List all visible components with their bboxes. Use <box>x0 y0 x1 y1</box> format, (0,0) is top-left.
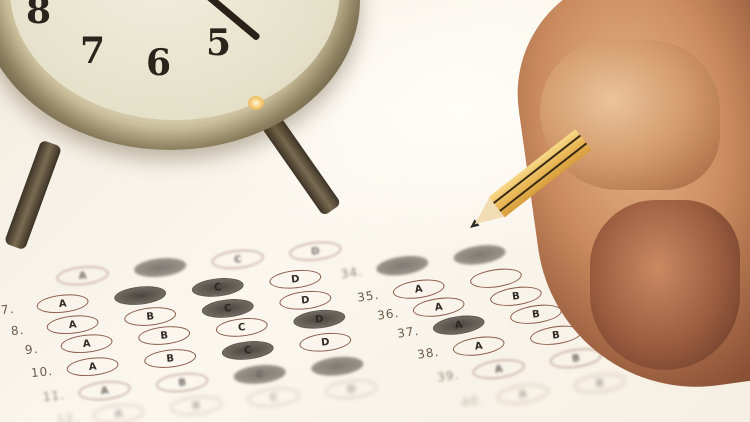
answer-bubble-filled: D <box>293 308 347 331</box>
answer-bubble: B <box>573 371 627 396</box>
clock-glint <box>248 96 264 110</box>
answer-bubble: D <box>289 240 343 263</box>
answer-bubble: A <box>92 402 146 422</box>
answer-bubble: A <box>472 357 526 382</box>
answer-bubble: D <box>325 378 379 401</box>
answer-bubble: B <box>143 347 197 370</box>
answer-bubble: A <box>452 334 506 359</box>
answer-bubble: C <box>247 386 301 409</box>
answer-bubble-filled: C <box>233 363 287 386</box>
answer-bubble: A <box>46 313 100 336</box>
answer-bubble: A <box>66 355 120 378</box>
answer-bubble-filled: A <box>432 313 486 338</box>
answer-bubble: A <box>496 382 550 407</box>
answer-bubble <box>133 256 187 279</box>
answer-bubble: B <box>169 394 223 417</box>
answer-bubble-filled: C <box>191 276 245 299</box>
answer-bubble-filled: C <box>201 297 255 320</box>
clock-numeral: 5 <box>206 22 231 64</box>
clock-leg-left <box>4 140 62 251</box>
answer-bubble: C <box>215 316 269 339</box>
clock-numeral: 8 <box>26 0 51 32</box>
answer-bubble: A <box>60 332 114 355</box>
answer-bubble-filled <box>311 355 365 378</box>
answer-bubble: A <box>56 264 110 287</box>
answer-bubble-filled <box>375 253 429 278</box>
answer-bubble: B <box>155 371 209 394</box>
answer-bubble-filled: C <box>221 339 275 362</box>
hand-finger <box>590 200 740 370</box>
answer-bubble: D <box>299 331 353 354</box>
photo-scene: 8 7 6 5 A C D 7. A C D 8. A B C D 9. A B… <box>0 0 750 422</box>
answer-bubble: A <box>36 292 90 315</box>
answer-bubble: D <box>269 268 323 291</box>
clock-numeral: 7 <box>80 30 105 72</box>
answer-bubble: B <box>509 302 563 327</box>
answer-bubble: B <box>137 324 191 347</box>
clock-numeral: 6 <box>146 42 171 84</box>
answer-bubble: A <box>78 379 132 402</box>
answer-bubble: D <box>279 289 333 312</box>
answer-bubble: B <box>123 305 177 328</box>
answer-bubble-filled <box>113 284 167 307</box>
answer-bubble: C <box>211 248 265 271</box>
